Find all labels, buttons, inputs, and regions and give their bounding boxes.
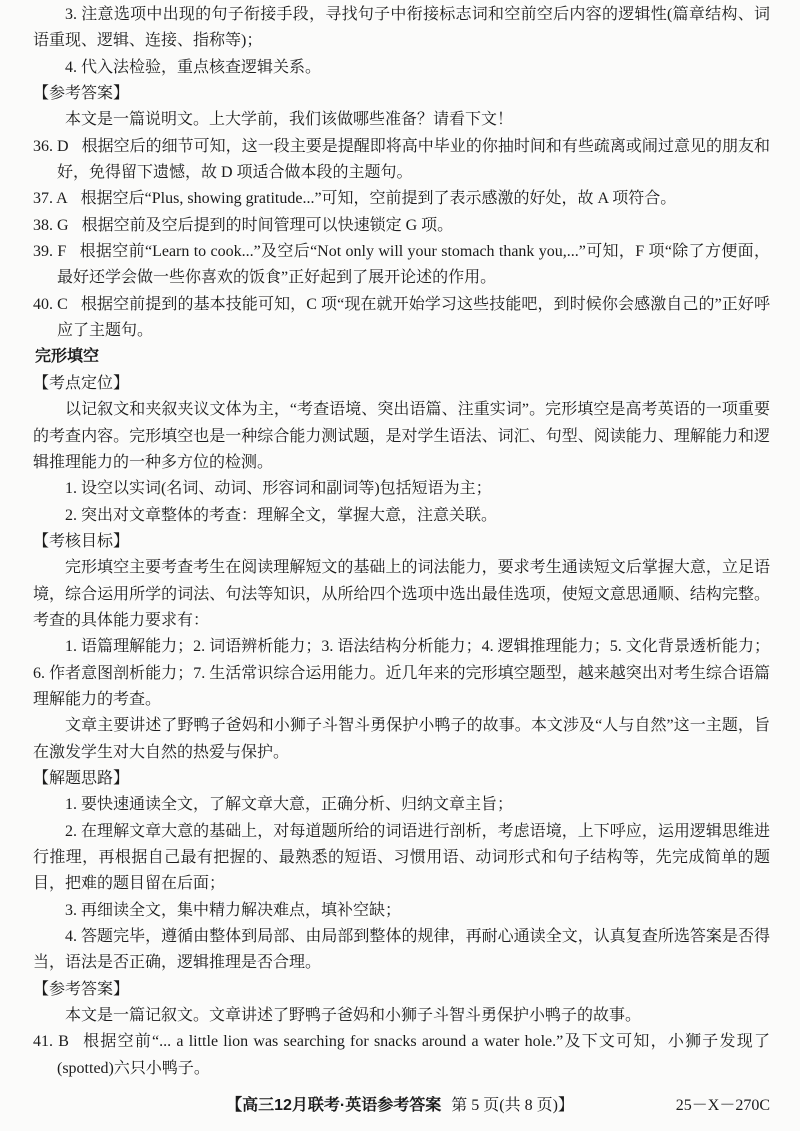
answer-number: 36. D xyxy=(33,138,69,155)
section-heading-cloze: 完形填空 xyxy=(33,344,770,370)
paragraph: 3. 再细读全文，集中精力解决难点，填补空缺； xyxy=(33,898,770,924)
footer-doc-code: 25－X－270C xyxy=(676,1092,770,1120)
answer-item-40: 40. C根据空前提到的基本技能可知，C 项“现在就开始学习这些技能吧，到时候你… xyxy=(33,292,770,345)
answer-number: 41. B xyxy=(33,1033,69,1050)
footer-title: 【高三12月联考·英语参考答案 xyxy=(226,1097,441,1114)
answer-text: 根据空后“Plus, showing gratitude...”可知，空前提到了… xyxy=(81,190,677,207)
answer-text: 根据空前提到的基本技能可知，C 项“现在就开始学习这些技能吧，到时候你会感激自己… xyxy=(57,296,770,339)
list-item: 4. 代入法检验，重点核查逻辑关系。 xyxy=(33,55,770,81)
bracket-heading-reference-answer: 【参考答案】 xyxy=(33,81,770,107)
answer-item-37: 37. A根据空后“Plus, showing gratitude...”可知，… xyxy=(33,186,770,212)
answer-text: 根据空前及空后提到的时间管理可以快速锁定 G 项。 xyxy=(82,217,454,234)
answer-number: 39. F xyxy=(33,243,66,260)
footer: 【高三12月联考·英语参考答案第 5 页(共 8 页)】 25－X－270C xyxy=(0,1092,800,1120)
answer-key-page: 3. 注意选项中出现的句子衔接手段，寻找句子中衔接标志词和空前空后内容的逻辑性(… xyxy=(0,0,800,1131)
footer-page-info: 第 5 页(共 8 页)】 xyxy=(451,1097,574,1114)
answer-number: 37. A xyxy=(33,190,68,207)
paragraph: 1. 设空以实词(名词、动词、形容词和副词等)包括短语为主； xyxy=(33,476,770,502)
answer-text: 根据空后的细节可知，这一段主要是提醒即将高中毕业的你抽时间和有些疏离或闹过意见的… xyxy=(57,138,770,181)
answer-item-41: 41. B根据空前“... a little lion was searchin… xyxy=(33,1029,770,1082)
bracket-heading-solution-idea: 【解题思路】 xyxy=(33,766,770,792)
paragraph: 本文是一篇记叙文。文章讲述了野鸭子爸妈和小狮子斗智斗勇保护小鸭子的故事。 xyxy=(33,1003,770,1029)
paragraph: 1. 要快速通读全文，了解文章大意，正确分析、归纳文章主旨； xyxy=(33,792,770,818)
paragraph: 完形填空主要考查考生在阅读理解短文的基础上的词法能力，要求考生通读短文后掌握大意… xyxy=(33,555,770,634)
answer-item-39: 39. F根据空前“Learn to cook...”及空后“Not only … xyxy=(33,239,770,292)
answer-text: 根据空前“... a little lion was searching for… xyxy=(57,1033,770,1076)
answer-number: 38. G xyxy=(33,217,69,234)
paragraph: 文章主要讲述了野鸭子爸妈和小狮子斗智斗勇保护小鸭子的故事。本文涉及“人与自然”这… xyxy=(33,713,770,766)
answer-item-38: 38. G根据空前及空后提到的时间管理可以快速锁定 G 项。 xyxy=(33,213,770,239)
bracket-heading-assessment-target: 【考核目标】 xyxy=(33,529,770,555)
bracket-heading-exam-point: 【考点定位】 xyxy=(33,371,770,397)
paragraph: 2. 突出对文章整体的考查：理解全文，掌握大意，注意关联。 xyxy=(33,503,770,529)
paragraph: 以记叙文和夹叙夹议文体为主，“考查语境、突出语篇、注重实词”。完形填空是高考英语… xyxy=(33,397,770,476)
answer-text: 根据空前“Learn to cook...”及空后“Not only will … xyxy=(57,243,770,286)
bracket-heading-reference-answer: 【参考答案】 xyxy=(33,977,770,1003)
paragraph: 1. 语篇理解能力；2. 词语辨析能力；3. 语法结构分析能力；4. 逻辑推理能… xyxy=(33,634,770,713)
list-item: 3. 注意选项中出现的句子衔接手段，寻找句子中衔接标志词和空前空后内容的逻辑性(… xyxy=(33,2,770,55)
paragraph: 本文是一篇说明文。上大学前，我们该做哪些准备？请看下文！ xyxy=(33,107,770,133)
paragraph: 4. 答题完毕，遵循由整体到局部、由局部到整体的规律，再耐心通读全文，认真复查所… xyxy=(33,924,770,977)
paragraph: 2. 在理解文章大意的基础上，对每道题所给的词语进行剖析，考虑语境，上下呼应，运… xyxy=(33,819,770,898)
answer-number: 40. C xyxy=(33,296,68,313)
answer-item-36: 36. D根据空后的细节可知，这一段主要是提醒即将高中毕业的你抽时间和有些疏离或… xyxy=(33,134,770,187)
